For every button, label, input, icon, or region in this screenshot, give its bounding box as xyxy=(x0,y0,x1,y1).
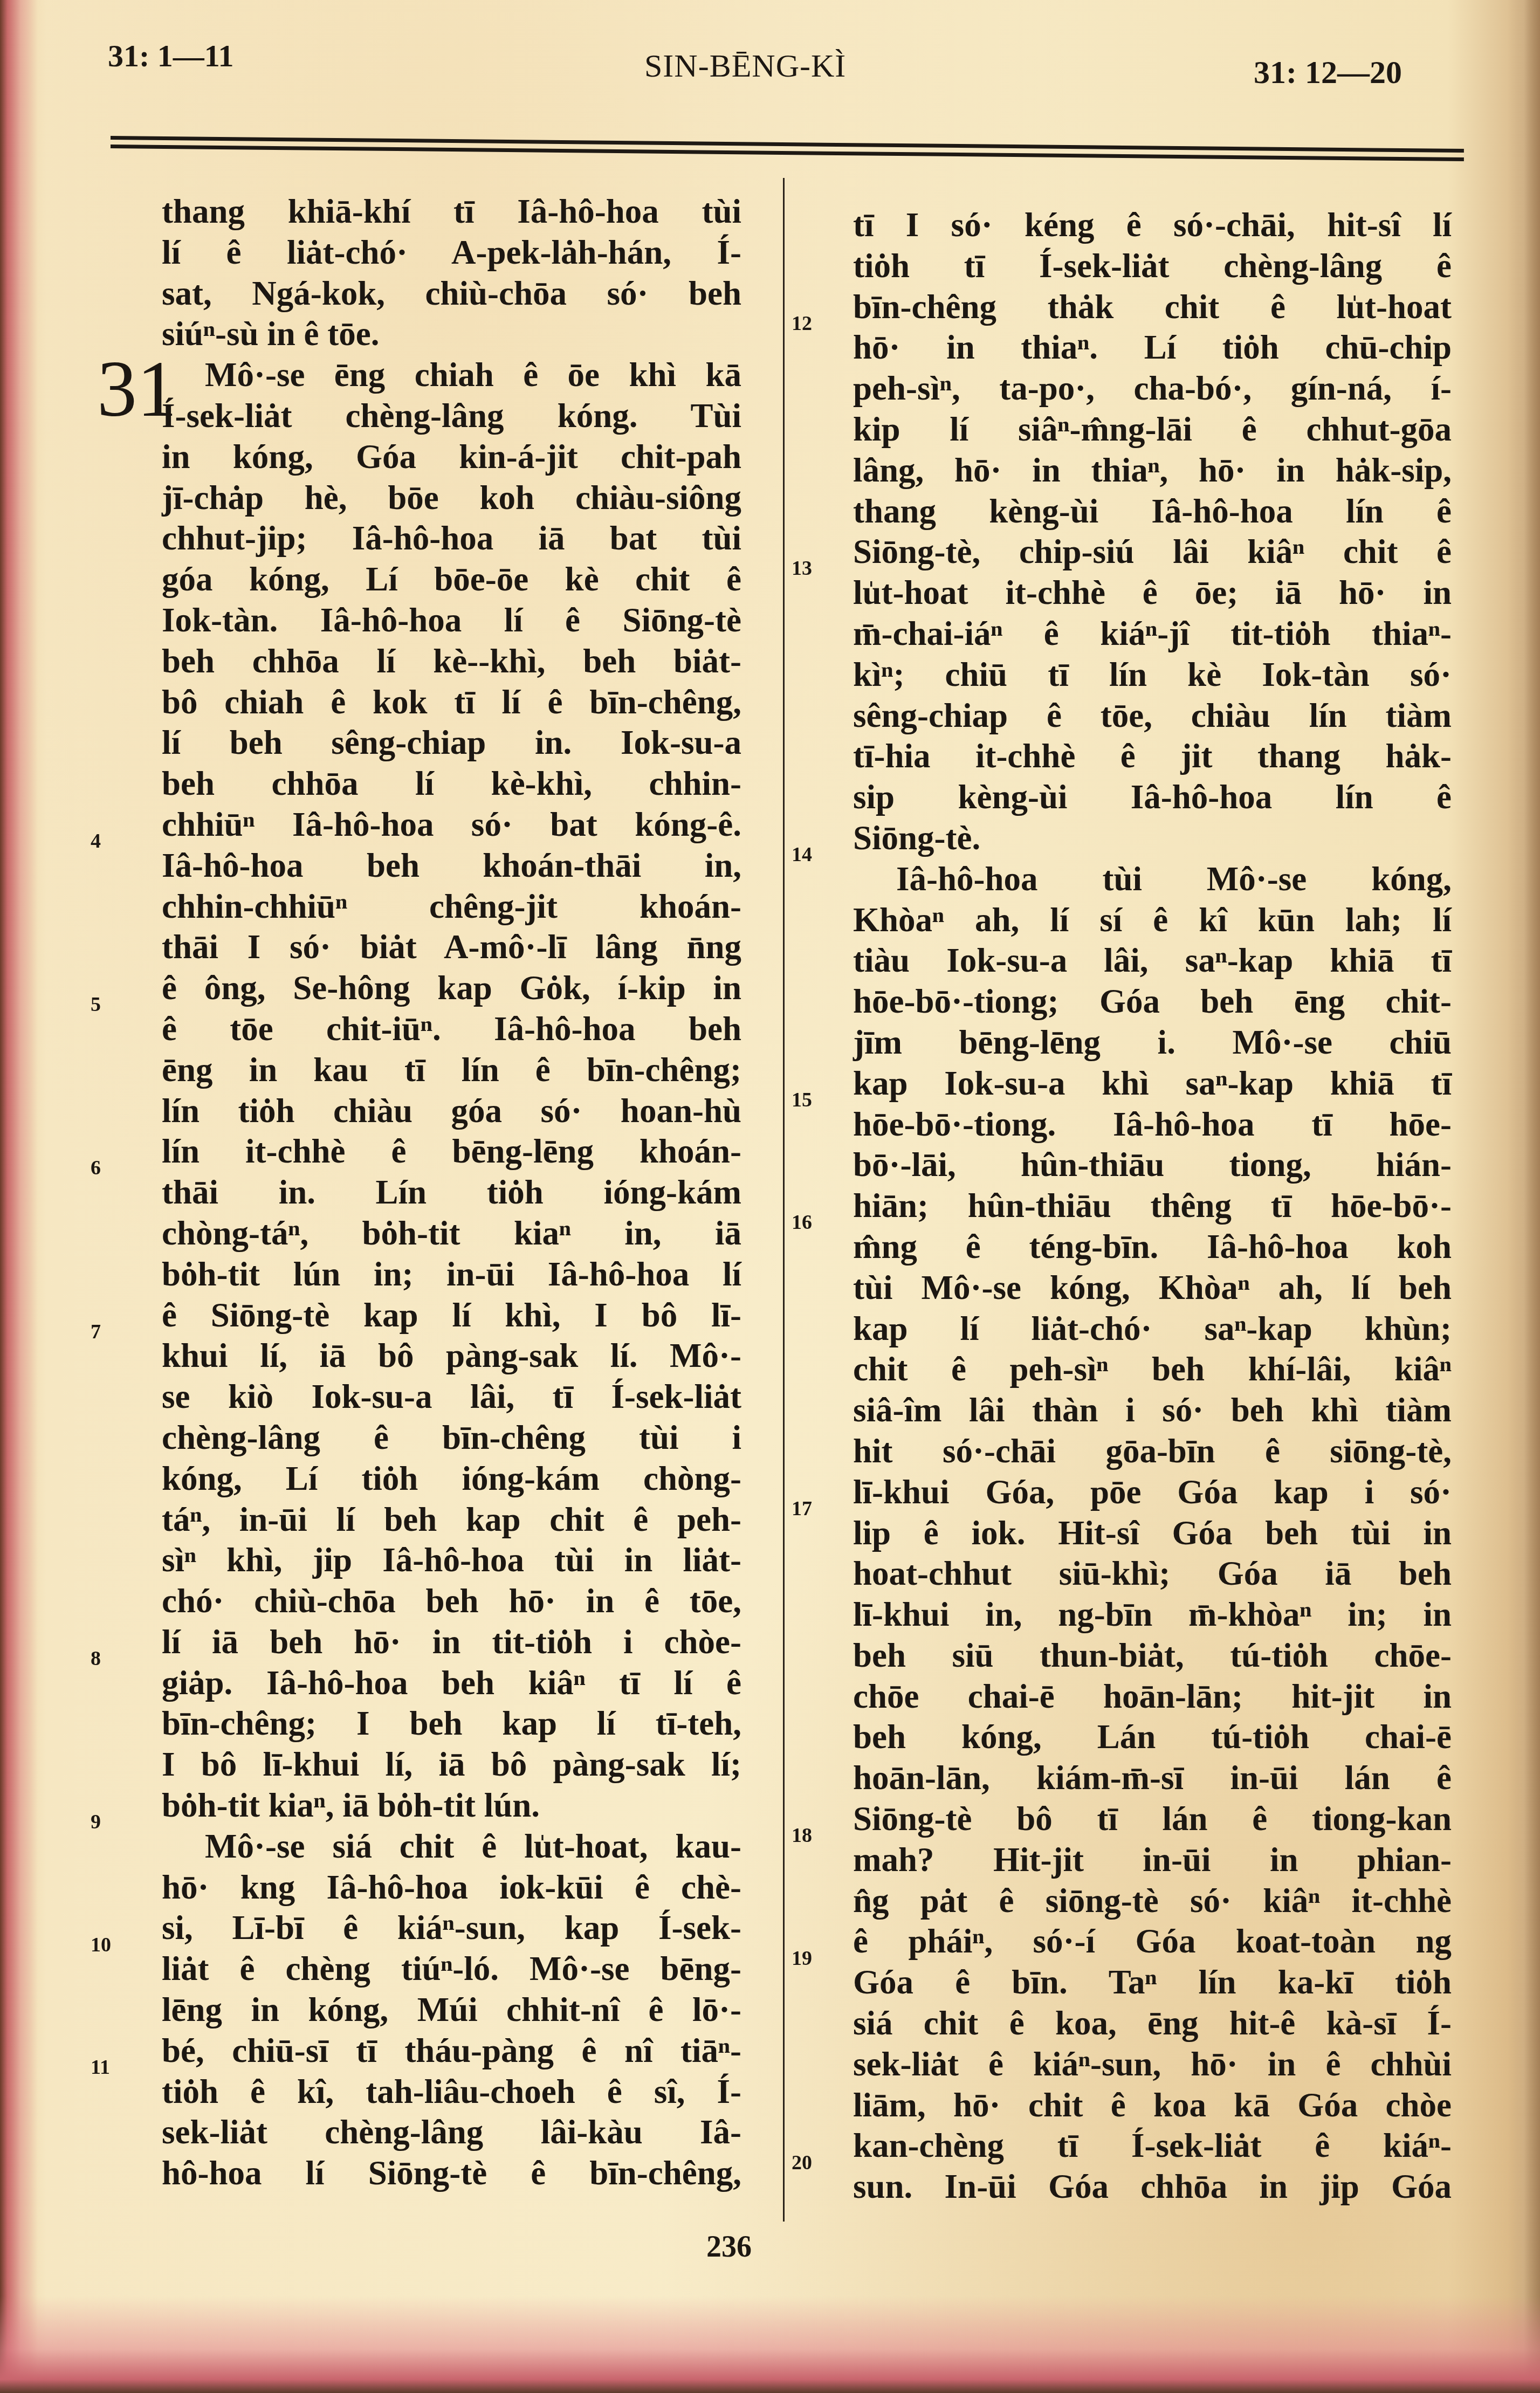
text-line: chó· chiù-chōa beh hō· in ê tōe, xyxy=(162,1581,741,1622)
text-line: jī-chȧp hè, bōe koh chiàu-siông xyxy=(162,478,741,519)
text-line: beh chhōa lí kè--khì, beh biȧt- xyxy=(162,641,741,682)
verse-number: 20 xyxy=(792,2151,812,2175)
text-line: bīn-chêng; I beh kap lí tī-teh, xyxy=(162,1703,741,1744)
text-line: hōe-bō·-tiong. Iâ-hô-hoa tī hōe- xyxy=(853,1104,1452,1145)
text-line: ê ông, Se-hông kap Gȯk, í-kip in xyxy=(162,968,741,1009)
text-line: kóng, Lí tiȯh ióng-kám chòng- xyxy=(162,1459,741,1500)
text-line: beh chhōa lí kè-khì, chhin- xyxy=(162,764,741,804)
text-line: thang kèng-ùi Iâ-hô-hoa lín ê xyxy=(853,491,1452,532)
verse-number: 8 xyxy=(91,1647,101,1670)
text-line: khui lí, iā bô pàng-sak lí. Mô·- xyxy=(162,1336,741,1377)
verse-number: 6 xyxy=(91,1156,101,1180)
text-line: I bô lī-khui lí, iā bô pàng-sak lí; xyxy=(162,1744,741,1785)
book-page: 31: 1—11 SIN-BĒNG-KÌ 31: 12—20 31 thang … xyxy=(0,0,1540,2393)
text-line: m̄-chai-iáⁿ ê kiáⁿ-jî tit-tiȯh thiaⁿ- xyxy=(853,614,1452,655)
text-line: kap Iok-su-a khì saⁿ-kap khiā tī xyxy=(853,1063,1452,1104)
verse-number: 4 xyxy=(91,829,101,853)
text-line: bȯh-tit kiaⁿ, iā bȯh-tit lún. xyxy=(162,1785,741,1826)
text-line: táⁿ, in-ūi lí beh kap chit ê peh- xyxy=(162,1500,741,1541)
text-line: sìⁿ khì, jip Iâ-hô-hoa tùi in liȧt- xyxy=(162,1540,741,1581)
text-line: hō· in thiaⁿ. Lí tiȯh chū-chip xyxy=(853,327,1452,368)
text-line: tī-hia it-chhè ê jit thang hȧk- xyxy=(853,736,1452,777)
verse-number: 10 xyxy=(91,1933,111,1957)
text-line: hoat-chhut siū-khì; Góa iā beh xyxy=(853,1553,1452,1594)
text-line: Iok-tàn. Iâ-hô-hoa lí ê Siōng-tè xyxy=(162,600,741,641)
text-line: jīm bēng-lēng i. Mô·-se chiū xyxy=(853,1022,1452,1063)
column-divider xyxy=(783,178,785,2222)
text-line: liȧt ê chèng tiúⁿ-ló. Mô·-se bēng- xyxy=(162,1949,741,1990)
text-line: sek-liȧt chèng-lâng lâi-kàu Iâ- xyxy=(162,2112,741,2153)
text-line: lī-khui Góa, pōe Góa kap i só· xyxy=(853,1472,1452,1513)
text-line: bō·-lāi, hûn-thiāu tiong, hián- xyxy=(853,1145,1452,1186)
verse-number: 12 xyxy=(792,312,812,335)
text-line: thāi I só· biȧt A-mô·-lī lâng n̄ng xyxy=(162,927,741,968)
text-line: beh kóng, Lán tú-tiȯh chai-ē xyxy=(853,1717,1452,1758)
verse-number: 19 xyxy=(792,1947,812,1970)
text-line: tī I só· kéng ê só·-chāi, hit-sî lí xyxy=(853,205,1452,246)
text-line: chèng-lâng ê bīn-chêng tùi i xyxy=(162,1418,741,1459)
text-line: hōe-bō·-tiong; Góa beh ēng chit- xyxy=(853,981,1452,1022)
text-line: Góa ê bīn. Taⁿ lín ka-kī tiȯh xyxy=(853,1962,1452,2003)
verse-number: 11 xyxy=(91,2055,110,2079)
text-line: siâ-îm lâi thàn i só· beh khì tiàm xyxy=(853,1390,1452,1431)
running-head-right-reference: 31: 12—20 xyxy=(1254,54,1402,91)
text-line: lu̍t-hoat it-chhè ê ōe; iā hō· in xyxy=(853,573,1452,614)
text-line: hō· kng Iâ-hô-hoa iok-kūi ê chè- xyxy=(162,1867,741,1908)
verse-number: 15 xyxy=(792,1088,812,1112)
text-line: Khòaⁿ ah, lí sí ê kî kūn lah; lí xyxy=(853,900,1452,941)
text-line: in kóng, Góa kin-á-jit chit-pah xyxy=(162,437,741,478)
text-line: Í-sek-liȧt chèng-lâng kóng. Tùi xyxy=(162,396,741,437)
left-text-column: thang khiā-khí tī Iâ-hô-hoa tùilí ê liȧt… xyxy=(162,191,741,2194)
text-line: lī-khui in, ng-bīn m̄-khòaⁿ in; in xyxy=(853,1594,1452,1635)
text-line: beh siū thun-biȧt, tú-tiȯh chōe- xyxy=(853,1635,1452,1676)
text-line: siá chit ê koa, ēng hit-ê kà-sī Í- xyxy=(853,2003,1452,2044)
text-line: tùi Mô·-se kóng, Khòaⁿ ah, lí beh xyxy=(853,1268,1452,1309)
text-line: bīn-chêng thȧk chit ê lu̍t-hoat xyxy=(853,287,1452,328)
text-line: mah? Hit-jit in-ūi in phian- xyxy=(853,1840,1452,1881)
text-line: tiàu Iok-su-a lâi, saⁿ-kap khiā tī xyxy=(853,940,1452,981)
text-line: lip ê iok. Hit-sî Góa beh tùi in xyxy=(853,1513,1452,1554)
running-head-book-title: SIN-BĒNG-KÌ xyxy=(644,47,846,85)
page-edge-stain-left xyxy=(0,0,38,2393)
text-line: bȯh-tit lún in; in-ūi Iâ-hô-hoa lí xyxy=(162,1254,741,1295)
text-line: sek-liȧt ê kiáⁿ-sun, hō· in ê chhùi xyxy=(853,2044,1452,2085)
page-number: 236 xyxy=(706,2230,752,2264)
text-line: lín tiȯh chiàu góa só· hoan-hù xyxy=(162,1091,741,1132)
text-line: lí beh sêng-chiap in. Iok-su-a xyxy=(162,723,741,764)
text-line: siúⁿ-sù in ê tōe. xyxy=(162,314,741,355)
text-line: sun. In-ūi Góa chhōa in jip Góa xyxy=(853,2167,1452,2208)
text-line: Mô·-se siá chit ê lu̍t-hoat, kau- xyxy=(162,1826,741,1867)
text-line: chit ê peh-sìⁿ beh khí-lâi, kiâⁿ xyxy=(853,1349,1452,1390)
verse-number: 7 xyxy=(91,1320,101,1344)
right-text-column: tī I só· kéng ê só·-chāi, hit-sî lítiȯh … xyxy=(853,205,1452,2208)
text-line: n̂g pȧt ê siōng-tè só· kiâⁿ it-chhè xyxy=(853,1881,1452,1922)
text-line: tiȯh ê kî, tah-liâu-choeh ê sî, Í- xyxy=(162,2072,741,2113)
text-line: lí ê liȧt-chó· A-pek-lȧh-hán, Í- xyxy=(162,232,741,273)
text-line: thāi in. Lín tiȯh ióng-kám xyxy=(162,1172,741,1213)
text-line: kap lí liȧt-chó· saⁿ-kap khùn; xyxy=(853,1309,1452,1350)
text-line: kan-chèng tī Í-sek-liȧt ê kiáⁿ- xyxy=(853,2126,1452,2167)
text-line: sip kèng-ùi Iâ-hô-hoa lín ê xyxy=(853,777,1452,818)
text-line: lâng, hō· in thiaⁿ, hō· in hȧk-sip, xyxy=(853,450,1452,491)
text-line: chhiūⁿ Iâ-hô-hoa só· bat kóng-ê. xyxy=(162,804,741,845)
running-head-left-reference: 31: 1—11 xyxy=(108,38,234,74)
text-line: chòng-táⁿ, bȯh-tit kiaⁿ in, iā xyxy=(162,1213,741,1254)
text-line: sêng-chiap ê tōe, chiàu lín tiàm xyxy=(853,696,1452,737)
verse-number: 14 xyxy=(792,843,812,867)
text-line: thang khiā-khí tī Iâ-hô-hoa tùi xyxy=(162,191,741,232)
text-line: góa kóng, Lí bōe-ōe kè chit ê xyxy=(162,559,741,600)
text-line: lín it-chhè ê bēng-lēng khoán- xyxy=(162,1131,741,1172)
text-line: si, Lī-bī ê kiáⁿ-sun, kap Í-sek- xyxy=(162,1908,741,1949)
page-edge-stain-bottom xyxy=(0,2296,1540,2393)
verse-number: 18 xyxy=(792,1824,812,1847)
text-line: ēng in kau tī lín ê bīn-chêng; xyxy=(162,1050,741,1091)
text-line: hit só·-chāi gōa-bīn ê siōng-tè, xyxy=(853,1431,1452,1472)
verse-number: 17 xyxy=(792,1497,812,1521)
text-line: Siōng-tè bô tī lán ê tiong-kan xyxy=(853,1799,1452,1840)
text-line: hô-hoa lí Siōng-tè ê bīn-chêng, xyxy=(162,2153,741,2194)
text-line: lí iā beh hō· in tit-tiȯh i chòe- xyxy=(162,1622,741,1663)
text-line: Siōng-tè. xyxy=(853,818,1452,859)
text-line: ê pháiⁿ, só·-í Góa koat-toàn ng xyxy=(853,1921,1452,1962)
text-line: tiȯh tī Í-sek-liȧt chèng-lâng ê xyxy=(853,246,1452,287)
text-line: liām, hō· chit ê koa kā Góa chòe xyxy=(853,2085,1452,2126)
text-line: bô chiah ê kok tī lí ê bīn-chêng, xyxy=(162,682,741,723)
verse-number: 13 xyxy=(792,556,812,580)
text-line: peh-sìⁿ, ta-po·, cha-bó·, gín-ná, í- xyxy=(853,368,1452,409)
verse-number: 16 xyxy=(792,1211,812,1234)
text-line: kìⁿ; chiū tī lín kè Iok-tàn só· xyxy=(853,655,1452,696)
text-line: se kiò Iok-su-a lâi, tī Í-sek-liȧt xyxy=(162,1377,741,1418)
text-line: kip lí siâⁿ-m̂ng-lāi ê chhut-gōa xyxy=(853,409,1452,450)
text-line: hiān; hûn-thiāu thêng tī hōe-bō·- xyxy=(853,1186,1452,1227)
text-line: hoān-lān, kiám-m̄-sī in-ūi lán ê xyxy=(853,1758,1452,1799)
text-line: Siōng-tè, chip-siú lâi kiâⁿ chit ê xyxy=(853,532,1452,573)
text-line: Iâ-hô-hoa tùi Mô·-se kóng, xyxy=(853,859,1452,900)
text-line: sat, Ngá-kok, chiù-chōa só· beh xyxy=(162,273,741,314)
text-line: Mô·-se ēng chiah ê ōe khì kā xyxy=(162,355,741,396)
text-line: lēng in kóng, Múi chhit-nî ê lō·- xyxy=(162,1990,741,2031)
text-line: ê tōe chit-iūⁿ. Iâ-hô-hoa beh xyxy=(162,1009,741,1050)
text-line: ê Siōng-tè kap lí khì, I bô lī- xyxy=(162,1295,741,1336)
page-edge-shadow-right xyxy=(1508,0,1540,2393)
text-line: m̂ng ê téng-bīn. Iâ-hô-hoa koh xyxy=(853,1227,1452,1268)
text-line: giȧp. Iâ-hô-hoa beh kiâⁿ tī lí ê xyxy=(162,1663,741,1704)
verse-number: 5 xyxy=(91,993,101,1016)
verse-number: 9 xyxy=(91,1810,101,1834)
text-line: chhin-chhiūⁿ chêng-jit khoán- xyxy=(162,886,741,927)
text-line: chōe chai-ē hoān-lān; hit-jit in xyxy=(853,1676,1452,1717)
text-line: bé, chiū-sī tī tháu-pàng ê nî tiāⁿ- xyxy=(162,2031,741,2072)
text-line: chhut-jip; Iâ-hô-hoa iā bat tùi xyxy=(162,518,741,559)
text-line: Iâ-hô-hoa beh khoán-thāi in, xyxy=(162,845,741,886)
